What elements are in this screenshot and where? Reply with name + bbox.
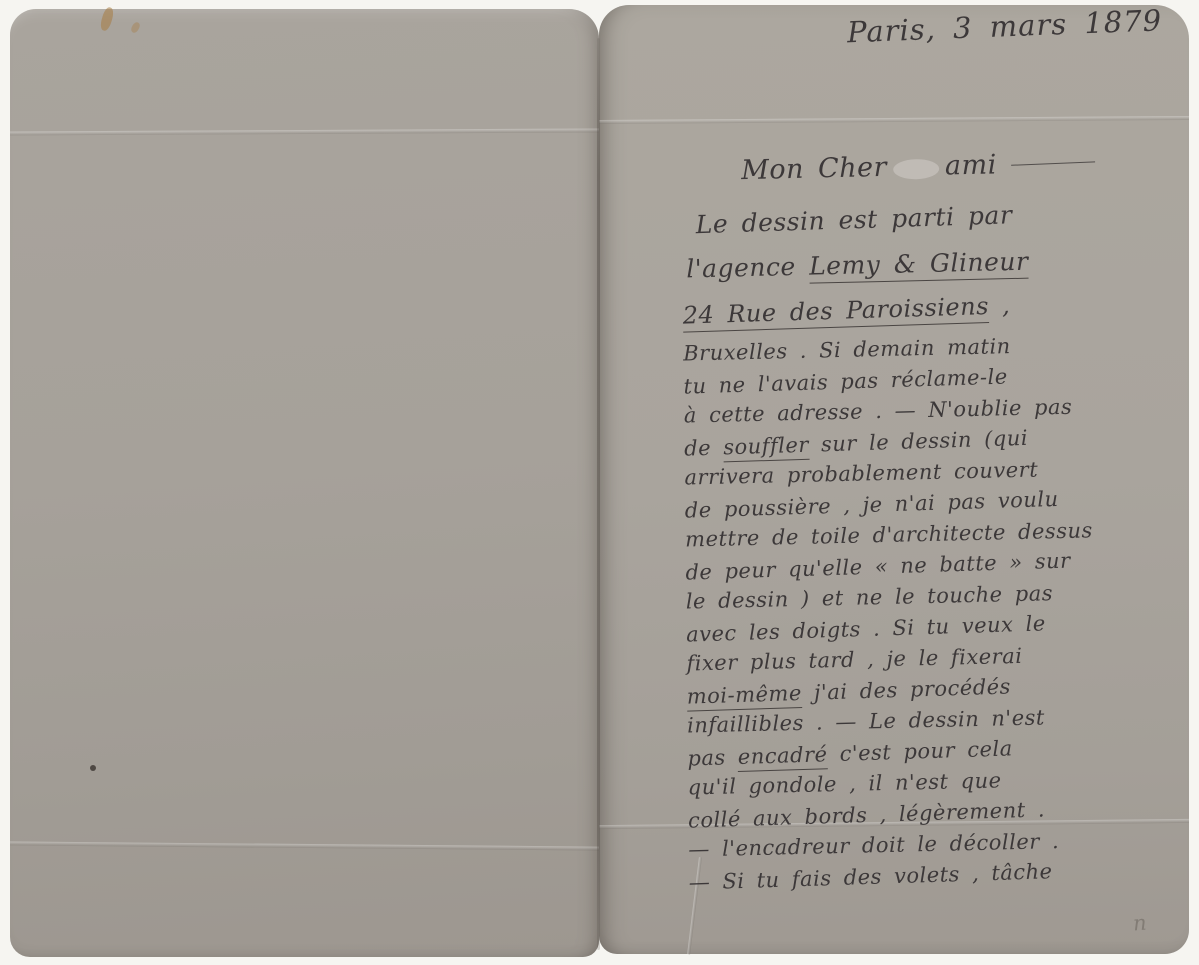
letter-text-segment: c'est pour cela bbox=[827, 736, 1013, 766]
right-page-letter: Paris, 3 mars 1879 Mon CheramiLe dessin … bbox=[599, 5, 1189, 954]
page-seam bbox=[597, 38, 600, 950]
fold-crease-top bbox=[599, 116, 1189, 124]
letter-text-segment: ami bbox=[945, 149, 998, 181]
rust-stain bbox=[99, 6, 115, 32]
underlined-text: Lemy & Glineur bbox=[809, 247, 1029, 284]
rust-stain bbox=[130, 21, 142, 34]
left-page-blank bbox=[10, 9, 599, 957]
date-line: Paris, 3 mars 1879 bbox=[846, 3, 1177, 50]
letter-scan: Paris, 3 mars 1879 Mon CheramiLe dessin … bbox=[0, 0, 1199, 965]
letter-text-segment: de bbox=[684, 435, 724, 460]
underlined-text: encadré bbox=[737, 742, 827, 772]
erased-word-smudge bbox=[893, 159, 939, 180]
page-marker: n bbox=[1132, 911, 1147, 936]
fold-crease-bottom bbox=[10, 841, 599, 850]
letter-text-segment: j'ai des procédés bbox=[801, 674, 1011, 705]
underlined-text: moi-même bbox=[686, 681, 802, 712]
pen-flourish bbox=[1011, 161, 1095, 165]
letter-text-segment: Mon Cher bbox=[741, 152, 887, 186]
fold-crease-top bbox=[10, 128, 599, 135]
letter-text-segment: , bbox=[988, 291, 1010, 320]
underlined-text: souffler bbox=[723, 433, 809, 463]
letter-text-segment: pas bbox=[687, 745, 738, 771]
letter-body: Mon CheramiLe dessin est parti parl'agen… bbox=[681, 148, 1175, 896]
ink-dot bbox=[90, 765, 96, 771]
letter-text-segment: l'agence bbox=[686, 252, 810, 284]
